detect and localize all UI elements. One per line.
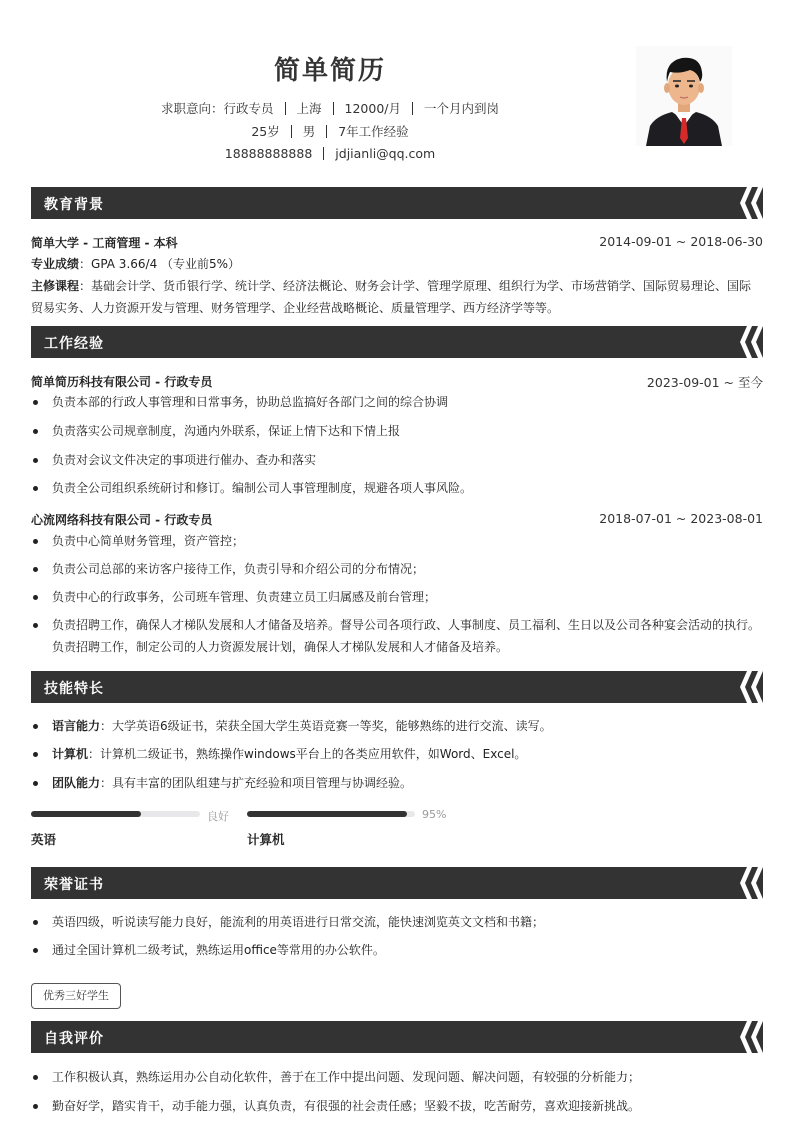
skill-text: ：计算机二级证书，熟练操作windows平台上的各类应用软件，如Word、Exc… — [88, 747, 526, 761]
list-item: 负责中心简单财务管理，资产管控； — [31, 530, 763, 552]
job-entry-heading: 简单简历科技有限公司 - 行政专员 2023-09-01 ~ 至今 — [31, 373, 763, 390]
phone: 18888888888 — [225, 146, 312, 161]
availability: 一个月内到岗 — [424, 101, 499, 116]
skill-bar-fill — [31, 811, 141, 817]
list-item: 英语四级，听说读写能力良好，能流利的用英语进行日常交流，能快速浏览英文文档和书籍… — [31, 911, 763, 933]
skill-item: 团队能力：具有丰富的团队组建与扩充经验和项目管理与协调经验。 — [31, 772, 763, 794]
location: 上海 — [297, 101, 322, 116]
divider — [333, 102, 334, 115]
section-header-work: 工作经验 — [31, 326, 763, 358]
honor-tag: 优秀三好学生 — [31, 983, 121, 1009]
section-header-skills: 技能特长 — [31, 671, 763, 703]
list-item: 负责招聘工作，确保人才梯队发展和人才储备及培养。督导公司各项行政、人事制度、员工… — [31, 614, 763, 658]
gender: 男 — [303, 124, 316, 139]
job-entry-heading: 心流网络科技有限公司 - 行政专员 2018-07-01 ~ 2023-08-0… — [31, 511, 763, 528]
skill-label: 计算机 — [52, 747, 88, 761]
job-date: 2018-07-01 ~ 2023-08-01 — [599, 511, 763, 526]
gpa-line: 专业成绩：GPA 3.66/4 （专业前5%） — [31, 253, 763, 275]
double-chevron-left-icon — [739, 671, 763, 703]
skill-level: 95% — [422, 808, 446, 821]
skill-text: ：具有丰富的团队组建与扩充经验和项目管理与协调经验。 — [100, 776, 412, 790]
list-item: 负责中心的行政事务，公司班车管理、负责建立员工归属感及前台管理； — [31, 586, 763, 608]
double-chevron-left-icon — [739, 1021, 763, 1053]
skill-label: 团队能力 — [52, 776, 100, 790]
divider — [285, 102, 286, 115]
section-header-education: 教育背景 — [31, 187, 763, 219]
job-title: 心流网络科技有限公司 - 行政专员 — [31, 513, 212, 527]
list-item: 负责落实公司规章制度，沟通内外联系，保证上情下达和下情上报 — [31, 420, 763, 442]
school-degree: 简单大学 - 工商管理 - 本科 — [31, 236, 178, 250]
skill-item: 语言能力：大学英语6级证书，荣获全国大学生英语竞赛一等奖，能够熟练的进行交流、读… — [31, 715, 763, 737]
resume-header: 简单简历 求职意向：行政专员上海12000/月一个月内到岗 25岁男7年工作经验… — [0, 0, 794, 180]
divider — [412, 102, 413, 115]
skill-name: 英语 — [31, 830, 56, 848]
gpa-label: 专业成绩 — [31, 257, 79, 271]
section-header-honors: 荣誉证书 — [31, 867, 763, 899]
avatar-portrait-icon — [636, 46, 732, 146]
gpa-value: ：GPA 3.66/4 （专业前5%） — [79, 257, 240, 271]
list-item: 负责对会议文件决定的事项进行催办、查办和落实 — [31, 449, 763, 471]
courses-label: 主修课程 — [31, 279, 79, 293]
email: jdjianli@qq.com — [335, 146, 435, 161]
resume-title: 简单简历 — [0, 50, 660, 87]
list-item: 负责公司总部的来访客户接待工作，负责引导和介绍公司的分布情况； — [31, 558, 763, 580]
double-chevron-left-icon — [739, 867, 763, 899]
skill-item: 计算机：计算机二级证书，熟练操作windows平台上的各类应用软件，如Word、… — [31, 743, 763, 765]
education-date: 2014-09-01 ~ 2018-06-30 — [599, 234, 763, 249]
education-entry: 简单大学 - 工商管理 - 本科 2014-09-01 ~ 2018-06-30 — [31, 234, 763, 251]
divider — [323, 147, 324, 160]
resume-page: 简单简历 求职意向：行政专员上海12000/月一个月内到岗 25岁男7年工作经验… — [0, 0, 794, 1123]
contact-line: 18888888888jdjianli@qq.com — [0, 146, 660, 161]
skill-bar-fill — [247, 811, 407, 817]
job-title: 简单简历科技有限公司 - 行政专员 — [31, 375, 212, 389]
skill-text: ：大学英语6级证书，荣获全国大学生英语竞赛一等奖，能够熟练的进行交流、读写。 — [100, 719, 552, 733]
courses-paragraph: 主修课程：基础会计学、货币银行学、统计学、经济法概论、财务会计学、管理学原理、组… — [31, 275, 763, 319]
job-date: 2023-09-01 ~ 至今 — [647, 373, 763, 391]
skill-level: 良好 — [207, 808, 229, 824]
section-title: 技能特长 — [44, 678, 104, 698]
age: 25岁 — [251, 124, 279, 139]
job-intent-line: 求职意向：行政专员上海12000/月一个月内到岗 — [0, 99, 660, 117]
section-title: 工作经验 — [44, 333, 104, 353]
list-item: 负责全公司组织系统研讨和修订。编制公司人事管理制度，规避各项人事风险。 — [31, 477, 763, 499]
skill-bar-computer — [247, 811, 415, 817]
salary: 12000/月 — [345, 101, 401, 116]
list-item: 勤奋好学，踏实肯干，动手能力强，认真负责，有很强的社会责任感；坚毅不拔，吃苦耐劳… — [31, 1095, 763, 1117]
double-chevron-left-icon — [739, 326, 763, 358]
section-title: 教育背景 — [44, 194, 104, 214]
divider — [326, 125, 327, 138]
experience-years: 7年工作经验 — [338, 124, 408, 139]
skill-label: 语言能力 — [52, 719, 100, 733]
double-chevron-left-icon — [739, 187, 763, 219]
job-intent: 求职意向：行政专员 — [161, 101, 274, 116]
avatar — [636, 46, 732, 146]
list-item: 通过全国计算机二级考试，熟练运用office等常用的办公软件。 — [31, 939, 763, 961]
section-title: 自我评价 — [44, 1028, 104, 1048]
section-header-self-evaluation: 自我评价 — [31, 1021, 763, 1053]
section-title: 荣誉证书 — [44, 874, 104, 894]
skill-bar-english — [31, 811, 200, 817]
list-item: 工作积极认真，熟练运用办公自动化软件，善于在工作中提出问题、发现问题、解决问题，… — [31, 1066, 763, 1088]
courses-value: ：基础会计学、货币银行学、统计学、经济法概论、财务会计学、管理学原理、组织行为学… — [31, 279, 751, 315]
divider — [291, 125, 292, 138]
personal-info-line: 25岁男7年工作经验 — [0, 122, 660, 140]
list-item: 负责本部的行政人事管理和日常事务，协助总监搞好各部门之间的综合协调 — [31, 391, 763, 413]
skill-name: 计算机 — [247, 830, 285, 848]
